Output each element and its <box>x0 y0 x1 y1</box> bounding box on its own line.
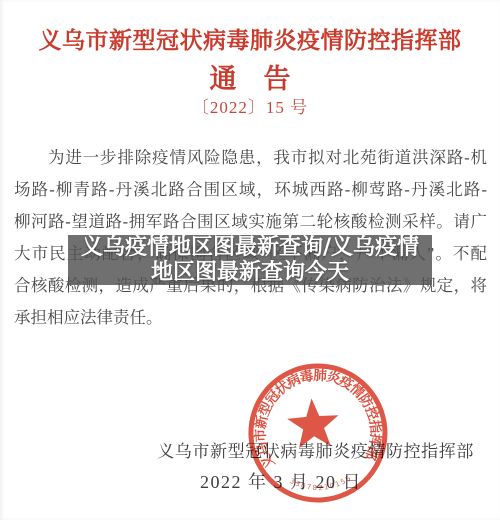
star-icon <box>286 397 341 449</box>
doc-number: 〔2022〕15 号 <box>0 93 500 118</box>
notice-document: 义乌市新型冠状病毒肺炎疫情防控指挥部 通 告 〔2022〕15 号 为进一步排除… <box>0 0 500 520</box>
watermark-line-1: 义乌疫情地区图最新查询/义乌疫情 <box>68 235 432 260</box>
watermark-line-2: 地区图最新查询今天 <box>68 260 432 285</box>
body-line-3: 柳河路-望道路-拥军路合围区域实施第二轮核酸检测采样。请广 <box>14 206 487 238</box>
body-line-2: 场路-柳青路-丹溪北路合围区域，环城西路-柳莺路-丹溪北路- <box>14 174 487 206</box>
body-line-1: 为进一步排除疫情风险隐患，我市拟对北苑街道洪深路-机 <box>14 142 487 174</box>
seal-serial-holder: 33078210155 <box>288 473 354 494</box>
org-title: 义乌市新型冠状病毒肺炎疫情防控指挥部 <box>0 22 500 55</box>
watermark-banner: 义乌疫情地区图最新查询/义乌疫情 地区图最新查询今天 <box>68 235 432 285</box>
official-seal: 义乌市新型冠状病毒肺炎疫情防控指挥部 33078210155 <box>237 354 399 514</box>
body-line-6: 承担相应法律责任。 <box>14 302 487 334</box>
seal-serial-number: 33078210155 <box>288 473 354 494</box>
doc-type-title: 通 告 <box>0 57 500 96</box>
